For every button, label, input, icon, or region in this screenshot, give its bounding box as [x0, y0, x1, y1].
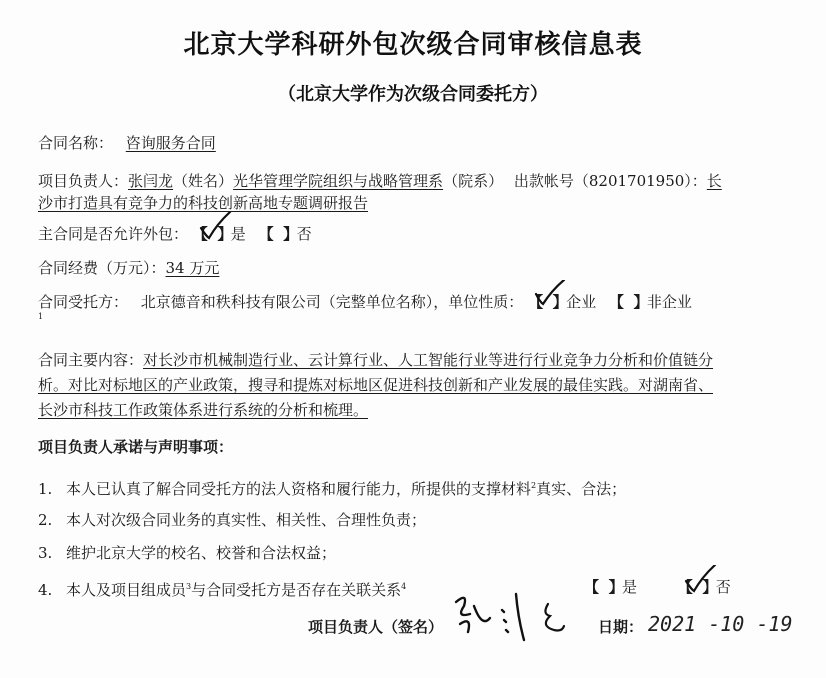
checkmark-icon: [197, 212, 233, 242]
checkmark-icon: [532, 280, 568, 310]
project-title-start: 长: [707, 172, 722, 190]
outsourcing-no-checkbox[interactable]: 【 】: [259, 224, 297, 244]
outsourcing-allowed-row: 主合同是否允许外包： 【 】 是 【 】 否: [38, 224, 312, 244]
contract-name-value: 咨询服务合同: [118, 134, 216, 152]
contract-fee-row: 合同经费（万元）：34 万元: [38, 258, 219, 278]
project-lead-name-suffix: （姓名）: [173, 172, 233, 190]
contract-name-row: 合同名称： 咨询服务合同: [38, 133, 216, 153]
related-party-no-label: 否: [716, 578, 731, 596]
declaration-item: 2.本人对次级合同业务的真实性、相关性、合理性负责；: [38, 510, 426, 530]
contractor-row: 合同受托方： 北京德音和秩科技有限公司（完整单位名称），单位性质： 【 】 企业…: [38, 292, 692, 312]
related-party-row: 【 】 是 【 】 否: [584, 577, 731, 597]
project-lead-row: 项目负责人：张闫龙（姓名）光华管理学院组织与战略管理系（院系） 出款帐号（820…: [38, 171, 722, 191]
project-title: 沙市打造具有竞争力的科技创新高地专题调研报告: [38, 193, 368, 213]
checkmark-icon: [682, 565, 718, 595]
project-lead-label: 项目负责人：: [38, 172, 128, 190]
enterprise-label: 企业: [566, 293, 596, 311]
declaration-item: 1.本人已认真了解合同受托方的法人资格和履行能力，所提供的支撑材料2真实、合法；: [38, 476, 626, 499]
project-lead-name: 张闫龙: [128, 172, 173, 190]
contract-fee-label: 合同经费（万元）：: [38, 259, 166, 277]
contractor-value: 北京德音和秩科技有限公司（完整单位名称），单位性质：: [133, 293, 524, 311]
date-value: 2021 -10 -19: [648, 612, 793, 636]
outsourcing-yes-checkbox[interactable]: 【 】: [193, 224, 231, 244]
related-party-no-checkbox[interactable]: 【 】: [678, 577, 716, 597]
department-suffix: （院系）: [443, 172, 503, 190]
main-content-line2: 析。对比对标地区的产业政策，搜寻和提炼对标地区促进科技创新和产业发展的最佳实践。…: [38, 375, 713, 395]
outsourcing-allowed-label: 主合同是否允许外包：: [38, 225, 188, 243]
contract-name-label: 合同名称：: [38, 134, 113, 152]
outsourcing-no-label: 否: [297, 225, 312, 243]
non-enterprise-label: 非企业: [647, 293, 692, 311]
main-content-line1: 对长沙市机械制造行业、云计算行业、人工智能行业等进行行业竞争力分析和价值链分: [143, 351, 713, 369]
declarations-heading: 项目负责人承诺与声明事项：: [38, 436, 233, 457]
footnote-mark: 1: [38, 312, 43, 321]
document-title: 北京大学科研外包次级合同审核信息表: [0, 24, 826, 61]
main-content-line3: 长沙市科技工作政策体系进行系统的分析和梳理。: [38, 400, 368, 420]
declaration-item: 3.维护北京大学的校名、校誉和合法权益；: [38, 543, 336, 563]
date-label: 日期：: [598, 616, 643, 637]
contract-fee-value: 34 万元: [166, 259, 220, 277]
signature-label: 项目负责人（签名）: [308, 616, 443, 637]
main-content-row: 合同主要内容：对长沙市机械制造行业、云计算行业、人工智能行业等进行行业竞争力分析…: [38, 350, 713, 370]
non-enterprise-checkbox[interactable]: 【 】: [609, 292, 647, 312]
main-content-label: 合同主要内容：: [38, 351, 143, 369]
document-subtitle: （北京大学作为次级合同委托方）: [0, 80, 826, 106]
project-lead-department: 光华管理学院组织与战略管理系: [233, 172, 443, 190]
handwritten-signature-icon: [450, 588, 590, 644]
related-party-yes-label: 是: [622, 578, 637, 596]
account-label: 出款帐号（8201701950）：: [508, 172, 707, 190]
declaration-item: 4.本人及项目组成员3与合同受托方是否存在关联关系4: [38, 577, 406, 600]
contractor-label: 合同受托方：: [38, 293, 128, 311]
enterprise-checkbox[interactable]: 【 】: [528, 292, 566, 312]
outsourcing-yes-label: 是: [231, 225, 246, 243]
